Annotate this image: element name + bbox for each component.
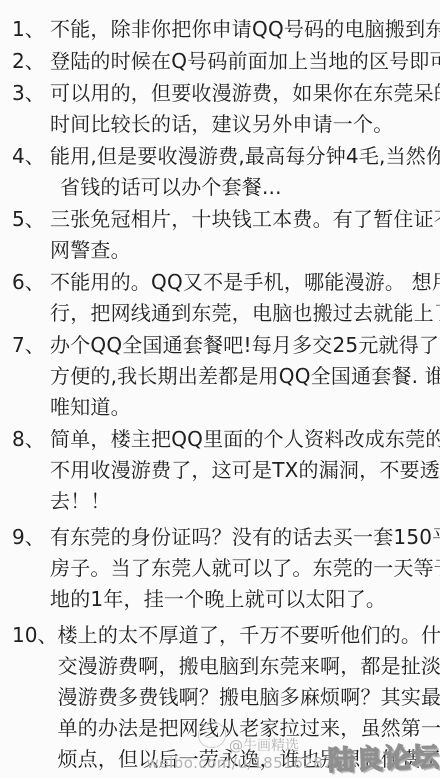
item-body: 三张免冠相片，十块钱工本费。有了暂住证不怕 网警查。 (50, 204, 432, 266)
item-number: 1、 (12, 14, 50, 45)
item-number: 5、 (12, 204, 50, 266)
list-item-9: 9、 有东莞的身份证吗？没有的话去买一套150平的 房子。当了东莞人就可以了。东… (12, 522, 432, 615)
text-line: 烦点，但以后一劳永逸，谁也别想收你费了 (57, 744, 432, 775)
text-line: 登陆的时候在Q号码前面加上当地的区号即可。 (50, 46, 432, 77)
text-line: 办个QQ全国通套餐吧!每月多交25元就得了,挺 (50, 330, 432, 361)
list-item-7: 7、 办个QQ全国通套餐吧!每月多交25元就得了,挺 方便的,我长期出差都是用Q… (12, 330, 432, 423)
text-line: 省钱的话可以办个套餐... (50, 172, 432, 203)
text-line: 简单，楼主把QQ里面的个人资料改成东莞的，就 (50, 424, 432, 455)
text-line: 能用,但是要收漫游费,最高每分钟4毛,当然你想 (50, 141, 432, 172)
item-body: 有东莞的身份证吗？没有的话去买一套150平的 房子。当了东莞人就可以了。东莞的一… (50, 522, 432, 615)
list-item-4: 4、 能用,但是要收漫游费,最高每分钟4毛,当然你想 省钱的话可以办个套餐... (12, 141, 432, 203)
item-body: 楼上的太不厚道了，千万不要听他们的。什么 交漫游费啊，搬电脑到东莞来啊，都是扯淡… (57, 620, 432, 775)
item-body: 简单，楼主把QQ里面的个人资料改成东莞的，就 不用收漫游费了，这可是TX的漏洞，… (50, 424, 432, 517)
item-number: 2、 (12, 46, 50, 77)
item-body: 办个QQ全国通套餐吧!每月多交25元就得了,挺 方便的,我长期出差都是用QQ全国… (50, 330, 432, 423)
list-item-8: 8、 简单，楼主把QQ里面的个人资料改成东莞的，就 不用收漫游费了，这可是TX的… (12, 424, 432, 517)
item-number: 10、 (12, 620, 57, 775)
item-body: 登陆的时候在Q号码前面加上当地的区号即可。 (50, 46, 432, 77)
text-line: 楼上的太不厚道了，千万不要听他们的。什么 (57, 620, 432, 651)
text-line: 漫游费多费钱啊？搬电脑多麻烦啊？其实最简 (57, 682, 432, 713)
item-body: 可以用的，但要收漫游费，如果你在东莞呆的 时间比较长的话，建议另外申请一个。 (50, 78, 432, 140)
text-line: 三张免冠相片，十块钱工本费。有了暂住证不怕 (50, 204, 432, 235)
text-line: 可以用的，但要收漫游费，如果你在东莞呆的 (50, 78, 432, 109)
item-body: 能用,但是要收漫游费,最高每分钟4毛,当然你想 省钱的话可以办个套餐... (50, 141, 432, 203)
item-number: 6、 (12, 267, 50, 329)
text-line: 方便的,我长期出差都是用QQ全国通套餐. 谁用 (50, 361, 432, 392)
document-page: 1、 不能，除非你把你申请QQ号码的电脑搬到东莞 2、 登陆的时候在Q号码前面加… (0, 0, 440, 775)
text-line: 行，把网线通到东莞，电脑也搬过去就能上了。 (50, 298, 432, 329)
text-line: 地的1年，挂一个晚上就可以太阳了。 (50, 584, 432, 615)
text-line: 交漫游费啊，搬电脑到东莞来啊，都是扯淡。 (57, 651, 432, 682)
text-line: 单的办法是把网线从老家拉过来，虽然第一次麻 (57, 713, 432, 744)
item-body: 不能，除非你把你申请QQ号码的电脑搬到东莞 (50, 14, 432, 45)
text-line: 不能用的。QQ又不是手机，哪能漫游。 想用也 (50, 267, 432, 298)
item-number: 7、 (12, 330, 50, 423)
text-line: 房子。当了东莞人就可以了。东莞的一天等于外 (50, 553, 432, 584)
item-number: 9、 (12, 522, 50, 615)
text-line: 不能，除非你把你申请QQ号码的电脑搬到东莞 (50, 14, 432, 45)
list-item-1: 1、 不能，除非你把你申请QQ号码的电脑搬到东莞 (12, 14, 432, 45)
text-line: 唯知道。 (50, 392, 432, 423)
list-item-3: 3、 可以用的，但要收漫游费，如果你在东莞呆的 时间比较长的话，建议另外申请一个… (12, 78, 432, 140)
list-item-2: 2、 登陆的时候在Q号码前面加上当地的区号即可。 (12, 46, 432, 77)
text-line: 去！！ (50, 486, 432, 517)
list-item-5: 5、 三张免冠相片，十块钱工本费。有了暂住证不怕 网警查。 (12, 204, 432, 266)
text-line: 有东莞的身份证吗？没有的话去买一套150平的 (50, 522, 432, 553)
text-line: 不用收漫游费了，这可是TX的漏洞，不要透露出 (50, 455, 432, 486)
item-number: 4、 (12, 141, 50, 203)
text-line: 时间比较长的话，建议另外申请一个。 (50, 109, 432, 140)
list-item-10: 10、 楼上的太不厚道了，千万不要听他们的。什么 交漫游费啊，搬电脑到东莞来啊，… (12, 620, 432, 775)
text-line: 网警查。 (50, 235, 432, 266)
item-number: 3、 (12, 78, 50, 140)
item-number: 8、 (12, 424, 50, 517)
item-body: 不能用的。QQ又不是手机，哪能漫游。 想用也 行，把网线通到东莞，电脑也搬过去就… (50, 267, 432, 329)
list-item-6: 6、 不能用的。QQ又不是手机，哪能漫游。 想用也 行，把网线通到东莞，电脑也搬… (12, 267, 432, 329)
